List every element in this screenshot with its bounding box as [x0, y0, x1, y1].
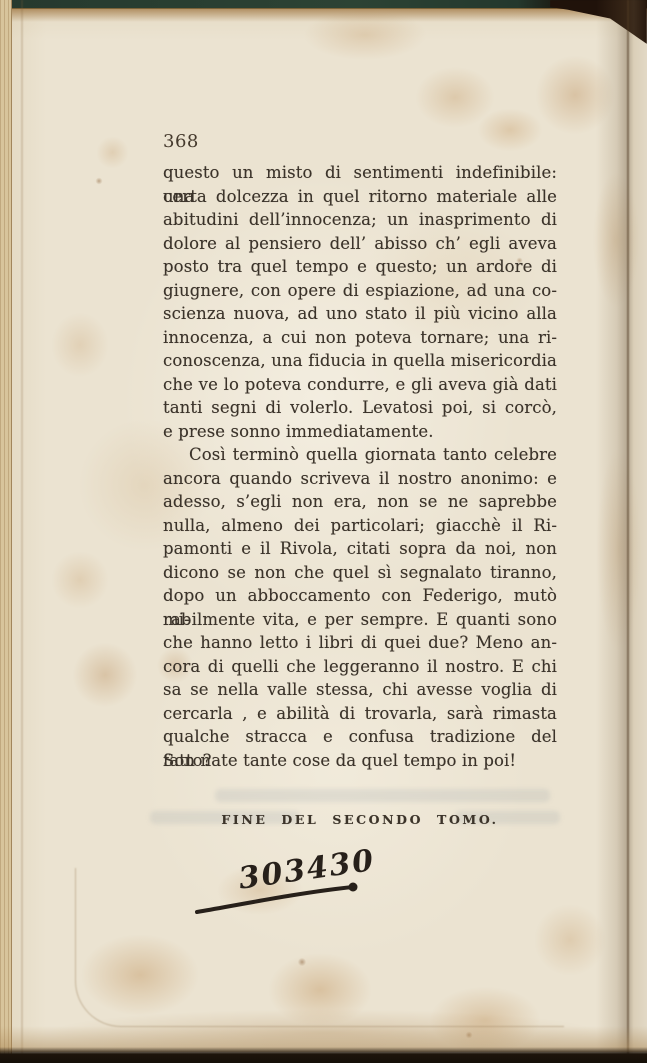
- handwritten-inventory-number: 303430: [183, 846, 403, 930]
- text-line: Son nate tante cose da quel tempo in poi…: [163, 749, 557, 773]
- text-line: abitudini dell’innocenza; un inaspriment…: [163, 208, 557, 232]
- text-line: innocenza, a cui non poteva tornare; una…: [163, 326, 557, 350]
- text-line: che hanno letto i libri di quei due? Men…: [163, 631, 557, 655]
- colophon-line: FINE DEL SECONDO TOMO.: [163, 812, 557, 827]
- book-page-scan: 368 questo un misto di sentimenti indefi…: [0, 0, 647, 1063]
- text-line: dopo un abboccamento con Federigo, mutò …: [163, 584, 557, 608]
- text-line: tanti segni di volerlo. Levatosi poi, si…: [163, 396, 557, 420]
- text-line: pamonti e il Rivola, citati sopra da noi…: [163, 537, 557, 561]
- text-line: che ve lo poteva condurre, e gli aveva g…: [163, 373, 557, 397]
- scan-bottom-edge: [0, 1047, 647, 1063]
- text-line: nulla, almeno dei particolari; giacchè i…: [163, 514, 557, 538]
- text-line: Così terminò quella giornata tanto celeb…: [163, 443, 557, 467]
- show-through-text: [215, 789, 550, 802]
- binding-gutter-shadow: [596, 0, 647, 1063]
- text-line: scienza nuova, ad uno stato il più vicin…: [163, 302, 557, 326]
- text-line: giugnere, con opere di espiazione, ad un…: [163, 279, 557, 303]
- page-edges-left: [0, 0, 12, 1063]
- text-line: e prese sonno immediatamente.: [163, 420, 557, 444]
- text-line: cercarla , e abilità di trovarla, sarà r…: [163, 702, 557, 726]
- text-line: posto tra quel tempo e questo; un ardore…: [163, 255, 557, 279]
- text-line: conoscenza, una fiducia in quella miseri…: [163, 349, 557, 373]
- page-number: 368: [163, 131, 199, 152]
- text-line: sa se nella valle stessa, chi avesse vog…: [163, 678, 557, 702]
- text-line: certa dolcezza in quel ritorno materiale…: [163, 185, 557, 209]
- page-top-edge-shadow: [0, 8, 647, 22]
- handwritten-underline-dot: [349, 883, 358, 892]
- left-crease-line: [21, 0, 23, 1063]
- body-text: questo un misto di sentimenti indefinibi…: [163, 161, 557, 772]
- text-line: adesso, s’egli non era, non se ne sapreb…: [163, 490, 557, 514]
- binding-gutter-line: [627, 0, 629, 1063]
- text-line: questo un misto di sentimenti indefinibi…: [163, 161, 557, 185]
- text-line: qualche stracca e confusa tradizione del…: [163, 725, 557, 749]
- text-line: dolore al pensiero dell’ abisso ch’ egli…: [163, 232, 557, 256]
- text-line: dicono se non che quel sì segnalato tira…: [163, 561, 557, 585]
- text-line: rabilmente vita, e per sempre. E quanti …: [163, 608, 557, 632]
- text-line: cora di quelli che leggeranno il nostro.…: [163, 655, 557, 679]
- text-line: ancora quando scriveva il nostro anonimo…: [163, 467, 557, 491]
